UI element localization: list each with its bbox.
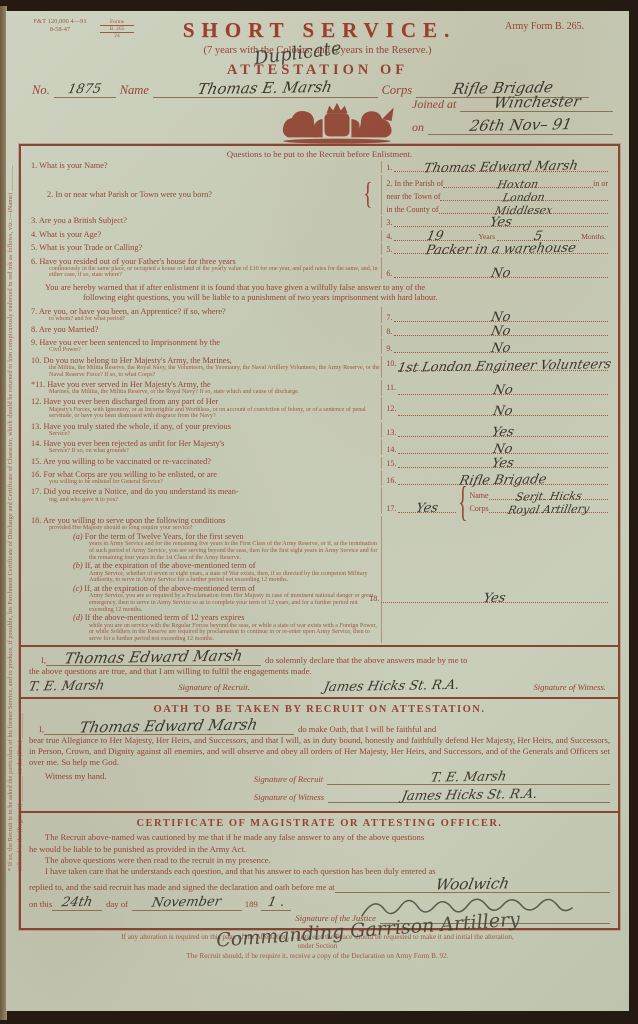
- no-value-blank: 1875: [54, 82, 116, 98]
- name-value: Thomas E. Marsh: [197, 80, 334, 97]
- years-label: Years: [476, 232, 497, 241]
- joined-on-line: on 26th Nov– 91: [408, 118, 613, 135]
- forms-reference-box: Forms B. 265 24: [100, 19, 134, 39]
- attested-year: 1 .: [266, 896, 285, 909]
- condition-d: (d) If the above-mentioned term of 12 ye…: [47, 613, 381, 642]
- oath-body: bear true Allegiance to Her Majesty, Her…: [29, 735, 610, 769]
- declaration-section: I, Thomas Edward Marsh do solemnly decla…: [21, 645, 618, 697]
- condition-b: (b) If, at the expiration of the above-m…: [47, 561, 381, 584]
- question-2-brace: {: [377, 179, 381, 209]
- question-row-11: *11. Have you ever served in Her Majesty…: [21, 380, 618, 396]
- oath-witness-signature: James Hicks St. R.A.: [400, 787, 538, 802]
- print-code-line1: F&T 120,000 4—91: [20, 18, 100, 26]
- answer-17: Yes: [397, 502, 458, 516]
- name-label: Name: [116, 83, 153, 98]
- forms-box-bottom: 24: [100, 33, 134, 39]
- joined-at-blank: Winchester: [460, 95, 613, 112]
- answer-13: Yes: [397, 424, 610, 441]
- oath-i: I,: [29, 724, 44, 735]
- footer-notes: If any alteration is required on this pa…: [6, 933, 629, 962]
- answer-15: Yes: [397, 455, 610, 472]
- form-header: F&T 120,000 4—91 8-58-47 Forms B. 265 24…: [6, 11, 629, 43]
- witness-my-hand: Witness my hand.: [29, 771, 106, 782]
- questions-section: Questions to be put to the Recruit befor…: [21, 146, 618, 645]
- question-row-18: 18. Are you willing to serve upon the fo…: [21, 516, 618, 643]
- joined-on-value: 26th Nov– 91: [468, 117, 573, 134]
- questions-heading: Questions to be put to the Recruit befor…: [21, 149, 618, 159]
- attestation-of-heading: ATTESTATION OF: [6, 62, 629, 79]
- joined-at-line: Joined at Winchester: [408, 95, 613, 112]
- answer-6: No: [393, 265, 610, 282]
- print-codes: F&T 120,000 4—91 8-58-47: [20, 18, 100, 35]
- joined-block: Joined at Winchester on 26th Nov– 91: [408, 95, 613, 141]
- question-row-4: 4. What is your Age? 4. 19 Years 5 Month…: [21, 230, 618, 242]
- no-label: No.: [28, 83, 54, 98]
- oath-name: Thomas Edward Marsh: [79, 717, 260, 735]
- question-row-16: 16. For what Corps are you willing to be…: [21, 470, 618, 486]
- certificate-section: CERTIFICATE OF MAGISTRATE OR ATTESTING O…: [21, 811, 618, 928]
- joined-at-label: Joined at: [408, 97, 460, 112]
- answer-11: No: [396, 382, 609, 399]
- answer-5: Packer in a warehouse: [393, 241, 610, 258]
- certificate-heading: CERTIFICATE OF MAGISTRATE OR ATTESTING O…: [29, 817, 610, 831]
- declaration-recruit-signature: T. E. Marsh: [28, 680, 106, 694]
- army-form-reference: Army Form B. 265.: [505, 18, 617, 32]
- royal-coat-of-arms-icon: [272, 97, 402, 145]
- oath-heading: OATH TO BE TAKEN BY RECRUIT ON ATTESTATI…: [29, 703, 610, 717]
- question-row-7: 7. Are you, or have you been, an Apprent…: [21, 307, 618, 323]
- answer-10: 1st London Engineer Volunteers: [397, 358, 610, 375]
- attested-month: November: [151, 896, 223, 910]
- answer-8: No: [393, 323, 610, 340]
- attested-day: 24th: [61, 896, 94, 910]
- no-value: 1875: [67, 83, 103, 97]
- question-row-17: 17. Did you receive a Notice, and do you…: [21, 487, 618, 514]
- question-row-13: 13. Have you truly stated the whole, if …: [21, 422, 618, 438]
- condition-c: (c) If, at the expiration of the above-m…: [47, 584, 381, 613]
- declaration-name: Thomas Edward Marsh: [63, 648, 244, 666]
- joined-on-label: on: [408, 120, 428, 135]
- answer-17-corps: Royal Artillery: [487, 503, 609, 516]
- name-value-blank: Thomas E. Marsh: [153, 81, 378, 98]
- answer-line-1: Thomas Edward Marsh: [394, 161, 608, 172]
- answer-9: No: [393, 340, 610, 357]
- main-form-box: Questions to be put to the Recruit befor…: [19, 144, 620, 930]
- on-this-label: on this: [29, 899, 52, 910]
- question-row-2: 2. In or near what Parish or Town were y…: [21, 175, 618, 215]
- answer-4-years: 19: [393, 229, 478, 243]
- question-row-6: 6. Have you resided out of your Father's…: [21, 257, 618, 280]
- oath-recruit-signature: T. E. Marsh: [430, 770, 508, 784]
- scanned-attestation-form: { "colors":{"paper":"#c7ccb8","printed_i…: [0, 0, 638, 1024]
- question-row-5: 5. What is your Trade or Calling? 5.Pack…: [21, 243, 618, 255]
- answer-1: Thomas Edward Marsh: [393, 159, 610, 176]
- question-row-1: 1. What is your Name? 1.Thomas Edward Ma…: [21, 161, 618, 173]
- oath-section: OATH TO BE TAKEN BY RECRUIT ON ATTESTATI…: [21, 697, 618, 811]
- condition-a: (a) For the term of Twelve Years, for th…: [47, 532, 381, 561]
- attested-place: Woolwich: [434, 877, 510, 893]
- question-row-3: 3. Are you a British Subject? 3.Yes: [21, 216, 618, 228]
- year-printed: 189: [242, 899, 261, 910]
- forms-box-number: B. 265: [100, 25, 134, 33]
- question-row-15: 15. Are you willing to be vaccinated or …: [21, 457, 618, 469]
- months-label: Months.: [579, 232, 608, 241]
- print-code-line2: 8-58-47: [20, 26, 100, 34]
- day-of-label: day of: [102, 899, 132, 910]
- declaration-witness-signature: James Hicks St. R.A.: [323, 679, 461, 694]
- false-answer-warning: You are hereby warned that if after enli…: [21, 281, 618, 306]
- question-row-8: 8. Are you Married? 8.No: [21, 325, 618, 337]
- declaration-i: I,: [29, 655, 46, 666]
- joined-on-blank: 26th Nov– 91: [428, 118, 613, 135]
- question-row-14: 14. Have you ever been rejected as unfit…: [21, 439, 618, 455]
- question-row-9: 9. Have you ever been sentenced to Impri…: [21, 338, 618, 354]
- question-row-10: 10. Do you now belong to Her Majesty's A…: [21, 356, 618, 379]
- answer-12: No: [397, 404, 610, 421]
- question-row-12: 12. Have you ever been discharged from a…: [21, 397, 618, 420]
- attestation-form-page: * If so, the Recruit is to be asked the …: [6, 11, 629, 1011]
- answer-16: Rifle Brigade: [397, 472, 610, 489]
- joined-at-value: Winchester: [492, 94, 582, 111]
